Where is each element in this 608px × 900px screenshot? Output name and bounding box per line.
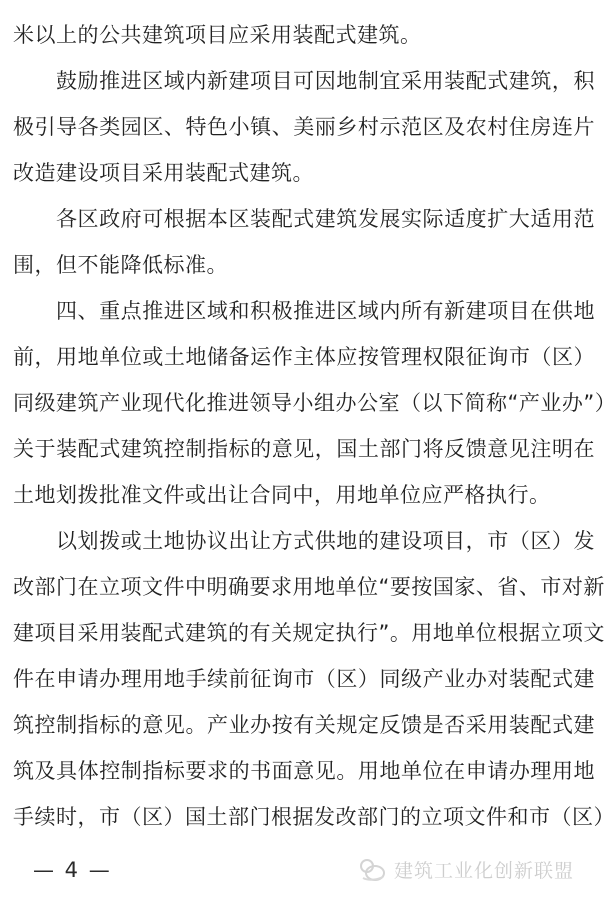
document-page-body: 米以上的公共建筑项目应采用装配式建筑。 鼓励推进区域内新建项目可因地制宜采用装配…	[13, 12, 595, 840]
text-line: 极引导各类园区、特色小镇、美丽乡村示范区及农村住房连片	[13, 104, 595, 150]
text-line: 各区政府可根据本区装配式建筑发展实际适度扩大适用范	[13, 196, 595, 242]
text-line: 以划拨或土地协议出让方式供地的建设项目，市（区）发	[13, 518, 595, 564]
text-line: 前，用地单位或土地储备运作主体应按管理权限征询市（区）	[13, 334, 595, 380]
text-line: 围，但不能降低标准。	[13, 242, 595, 288]
text-line: 建项目采用装配式建筑的有关规定执行”。用地单位根据立项文	[13, 610, 595, 656]
watermark: 建筑工业化创新联盟	[359, 856, 574, 883]
text-line: 改部门在立项文件中明确要求用地单位“要按国家、省、市对新	[13, 564, 595, 610]
text-line: 关于装配式建筑控制指标的意见，国土部门将反馈意见注明在	[13, 426, 595, 472]
text-line: 改造建设项目采用装配式建筑。	[13, 150, 595, 196]
text-line: 鼓励推进区域内新建项目可因地制宜采用装配式建筑，积	[13, 58, 595, 104]
text-line: 筑控制指标的意见。产业办按有关规定反馈是否采用装配式建	[13, 702, 595, 748]
text-line: 件在申请办理用地手续前征询市（区）同级产业办对装配式建	[13, 656, 595, 702]
text-line: 四、重点推进区域和积极推进区域内所有新建项目在供地	[13, 288, 595, 334]
text-line: 手续时，市（区）国土部门根据发改部门的立项文件和市（区）	[13, 794, 595, 840]
alliance-logo-icon	[359, 858, 387, 882]
text-line: 同级建筑产业现代化推进领导小组办公室（以下简称“产业办”）	[13, 380, 595, 426]
page-number: — 4 —	[33, 858, 112, 882]
text-line: 土地划拨批准文件或出让合同中，用地单位应严格执行。	[13, 472, 595, 518]
watermark-label: 建筑工业化创新联盟	[394, 856, 574, 883]
text-line: 筑及具体控制指标要求的书面意见。用地单位在申请办理用地	[13, 748, 595, 794]
text-line: 米以上的公共建筑项目应采用装配式建筑。	[13, 12, 595, 58]
